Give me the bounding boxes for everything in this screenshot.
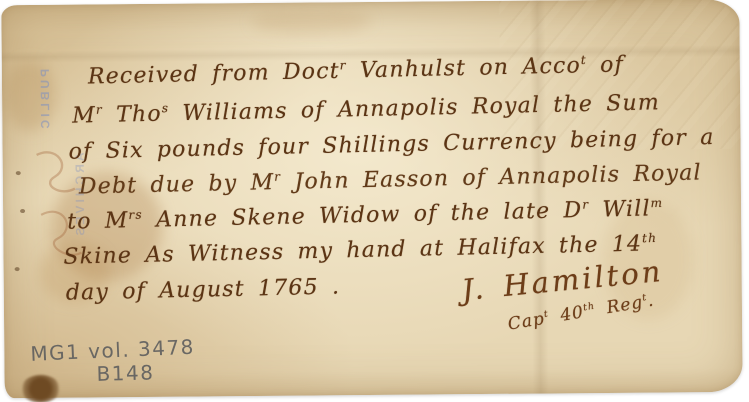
receipt-line-3: of Six pounds four Shillings Currency be… — [68, 125, 714, 165]
receipt-paper: PUBLIC ARCHIVES Received from Doctr Vanh… — [1, 0, 742, 398]
ink-blot — [21, 375, 61, 402]
paper-stain — [251, 8, 371, 35]
archive-stamp-bleedthrough: PUBLIC — [38, 69, 53, 132]
pencil-archive-number: B148 — [96, 360, 155, 386]
scan-background: PUBLIC ARCHIVES Received from Doctr Vanh… — [0, 0, 749, 402]
ink-speck — [16, 171, 21, 175]
receipt-line-7: day of August 1765 . — [66, 274, 341, 305]
ink-speck — [20, 209, 25, 213]
receipt-line-4: Debt due by Mr John Easson of Annapolis … — [79, 160, 702, 199]
ink-speck — [15, 267, 20, 271]
